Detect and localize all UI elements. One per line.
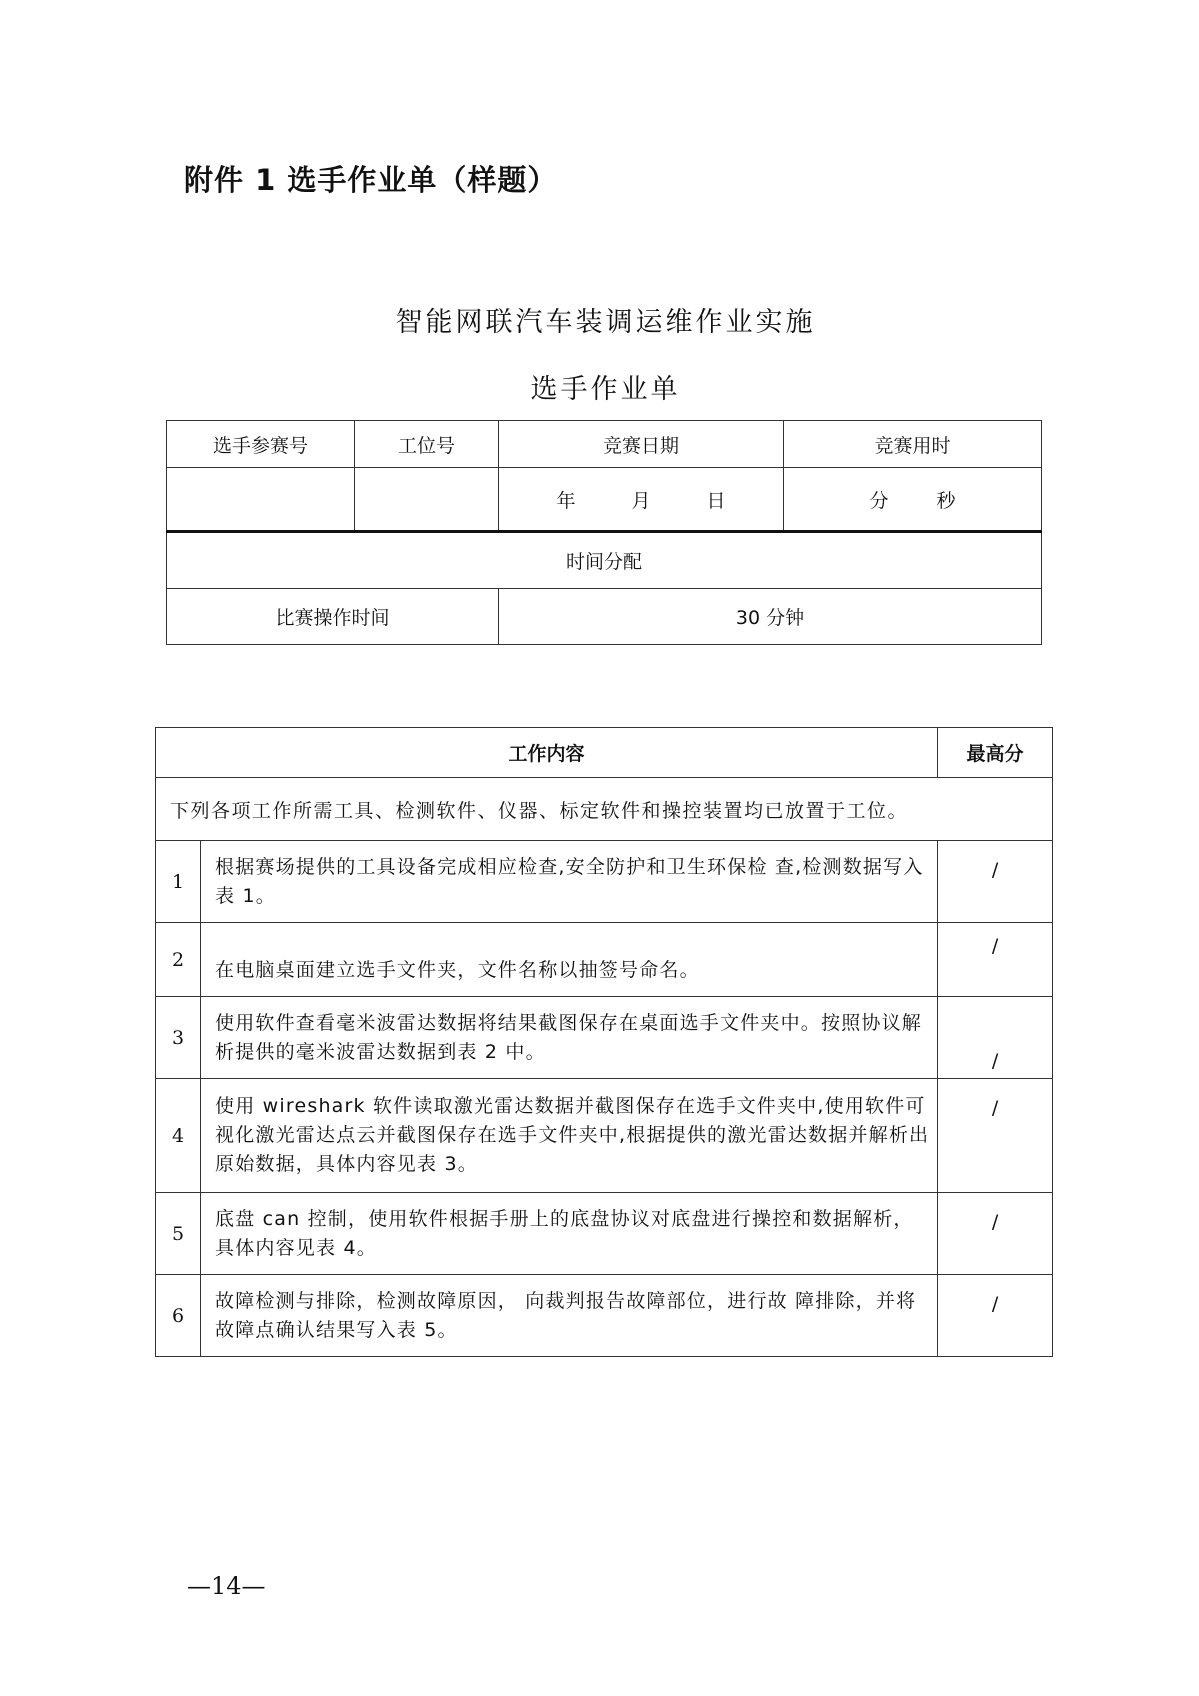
task-number: 3 <box>156 997 201 1079</box>
page-heading: 附件 1 选手作业单（样题） <box>184 158 557 199</box>
operation-time-label: 比赛操作时间 <box>167 589 499 645</box>
task-content: 底盘 can 控制，使用软件根据手册上的底盘协议对底盘进行操控和数据解析， 具体… <box>201 1193 938 1275</box>
contestant-info-table: 选手参赛号 工位号 竞赛日期 竞赛用时 年月日 分秒 时间分配 比赛操作时间 3… <box>166 420 1042 645</box>
time-allocation-label: 时间分配 <box>167 532 1042 589</box>
competition-duration-field[interactable]: 分秒 <box>784 468 1042 532</box>
header-station-number: 工位号 <box>355 421 499 468</box>
task-number: 6 <box>156 1275 201 1357</box>
page-number: —14— <box>187 1572 266 1600</box>
task-content: 故障检测与排除，检测故障原因， 向裁判报告故障部位，进行故 障排除，并将故障点确… <box>201 1275 938 1357</box>
task-max-score: / <box>938 841 1053 923</box>
task-max-score: / <box>938 997 1053 1079</box>
task-content: 在电脑桌面建立选手文件夹，文件名称以抽签号命名。 <box>201 923 938 997</box>
task-number: 1 <box>156 841 201 923</box>
table-row: 3 使用软件查看毫米波雷达数据将结果截图保存在桌面选手文件夹中。按照协议解析提供… <box>156 997 1053 1079</box>
task-content: 根据赛场提供的工具设备完成相应检查,安全防护和卫生环保检 查,检测数据写入表 1… <box>201 841 938 923</box>
header-competition-date: 竞赛日期 <box>499 421 784 468</box>
document-subtitle: 选手作业单 <box>6 367 1199 406</box>
day-label: 日 <box>707 486 726 513</box>
header-max-score: 最高分 <box>938 728 1053 778</box>
minute-label: 分 <box>869 486 888 513</box>
task-max-score: / <box>938 1275 1053 1357</box>
year-label: 年 <box>556 486 575 513</box>
task-number: 2 <box>156 923 201 997</box>
table-row: 6 故障检测与排除，检测故障原因， 向裁判报告故障部位，进行故 障排除，并将故障… <box>156 1275 1053 1357</box>
table-row: 5 底盘 can 控制，使用软件根据手册上的底盘协议对底盘进行操控和数据解析， … <box>156 1193 1053 1275</box>
task-content: 使用 wireshark 软件读取激光雷达数据并截图保存在选手文件夹中,使用软件… <box>201 1079 938 1193</box>
header-work-content: 工作内容 <box>156 728 938 778</box>
tools-note: 下列各项工作所需工具、检测软件、仪器、标定软件和操控装置均已放置于工位。 <box>156 778 1053 841</box>
header-competition-duration: 竞赛用时 <box>784 421 1042 468</box>
month-label: 月 <box>631 486 650 513</box>
document-title: 智能网联汽车装调运维作业实施 <box>6 300 1199 339</box>
task-content: 使用软件查看毫米波雷达数据将结果截图保存在桌面选手文件夹中。按照协议解析提供的毫… <box>201 997 938 1079</box>
task-max-score: / <box>938 923 1053 997</box>
station-number-field[interactable] <box>355 468 499 532</box>
table-row: 1 根据赛场提供的工具设备完成相应检查,安全防护和卫生环保检 查,检测数据写入表… <box>156 841 1053 923</box>
task-number: 4 <box>156 1079 201 1193</box>
task-max-score: / <box>938 1193 1053 1275</box>
header-contestant-number: 选手参赛号 <box>167 421 355 468</box>
task-table: 工作内容 最高分 下列各项工作所需工具、检测软件、仪器、标定软件和操控装置均已放… <box>155 727 1053 1357</box>
table-row: 4 使用 wireshark 软件读取激光雷达数据并截图保存在选手文件夹中,使用… <box>156 1079 1053 1193</box>
second-label: 秒 <box>937 486 956 513</box>
competition-date-field[interactable]: 年月日 <box>499 468 784 532</box>
task-number: 5 <box>156 1193 201 1275</box>
contestant-number-field[interactable] <box>167 468 355 532</box>
task-max-score: / <box>938 1079 1053 1193</box>
operation-time-value: 30 分钟 <box>499 589 1042 645</box>
table-row: 2 在电脑桌面建立选手文件夹，文件名称以抽签号命名。 / <box>156 923 1053 997</box>
